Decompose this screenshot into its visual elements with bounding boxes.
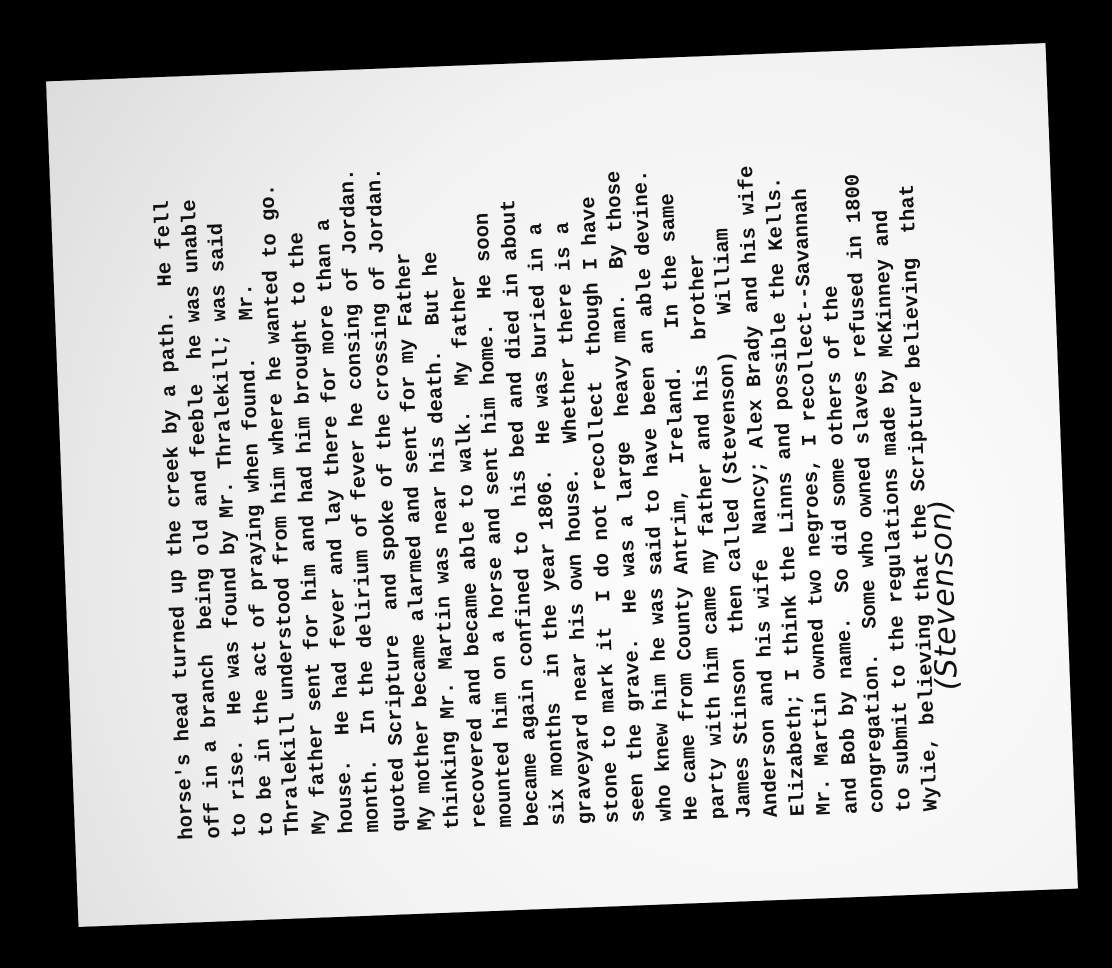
rotated-content: horse's head turned up the creek by a pa… [108,88,1017,881]
typewritten-text: horse's head turned up the creek by a pa… [148,111,946,840]
scanned-page: horse's head turned up the creek by a pa… [46,43,1078,927]
handwritten-annotation: (Stevenson) [923,498,965,691]
